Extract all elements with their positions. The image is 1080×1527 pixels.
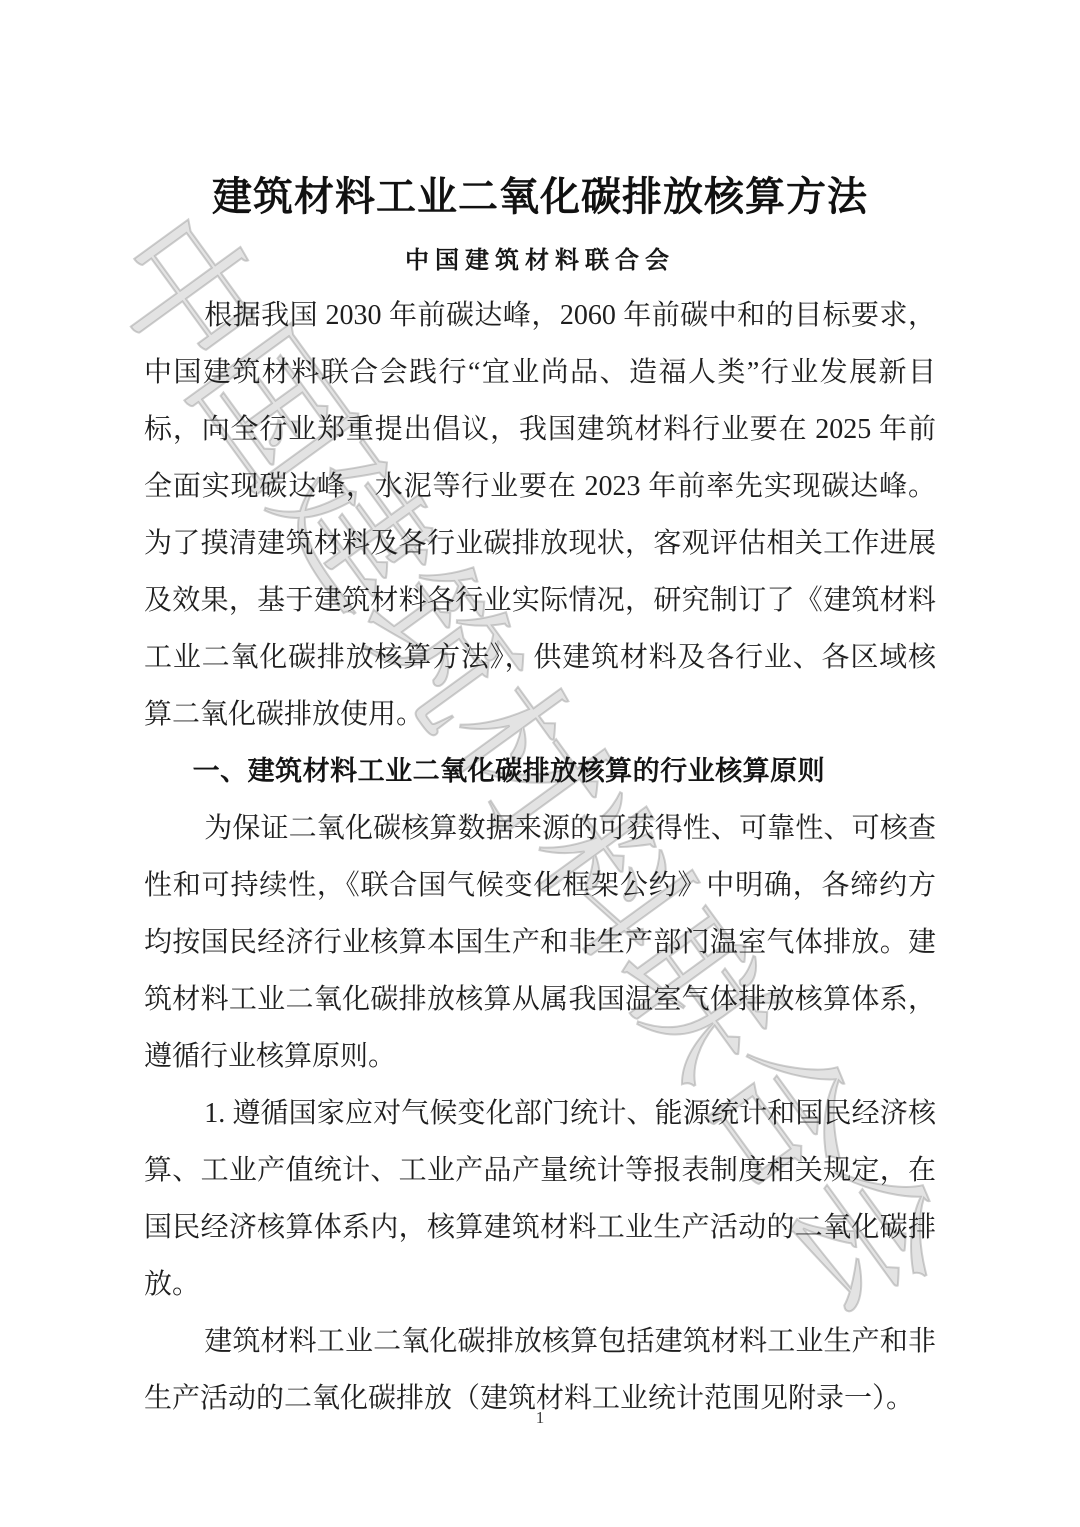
paragraph-intro: 根据我国 2030 年前碳达峰，2060 年前碳中和的目标要求，中国建筑材料联合… (144, 287, 936, 743)
document-content: 建筑材料工业二氧化碳排放核算方法 中国建筑材料联合会 根据我国 2030 年前碳… (144, 172, 936, 1427)
document-body: 根据我国 2030 年前碳达峰，2060 年前碳中和的目标要求，中国建筑材料联合… (144, 287, 936, 1427)
document-page: 中国建筑材料联合会 建筑材料工业二氧化碳排放核算方法 中国建筑材料联合会 根据我… (0, 0, 1080, 1527)
document-title: 建筑材料工业二氧化碳排放核算方法 (144, 172, 936, 222)
document-subtitle: 中国建筑材料联合会 (144, 244, 936, 278)
paragraph-principle: 为保证二氧化碳核算数据来源的可获得性、可靠性、可核查性和可持续性，《联合国气候变… (144, 800, 936, 1085)
section-heading-1: 一、建筑材料工业二氧化碳排放核算的行业核算原则 (144, 743, 936, 800)
page-number: 1 (0, 1406, 1080, 1430)
paragraph-item-1: 1. 遵循国家应对气候变化部门统计、能源统计和国民经济核算、工业产值统计、工业产… (144, 1085, 936, 1313)
